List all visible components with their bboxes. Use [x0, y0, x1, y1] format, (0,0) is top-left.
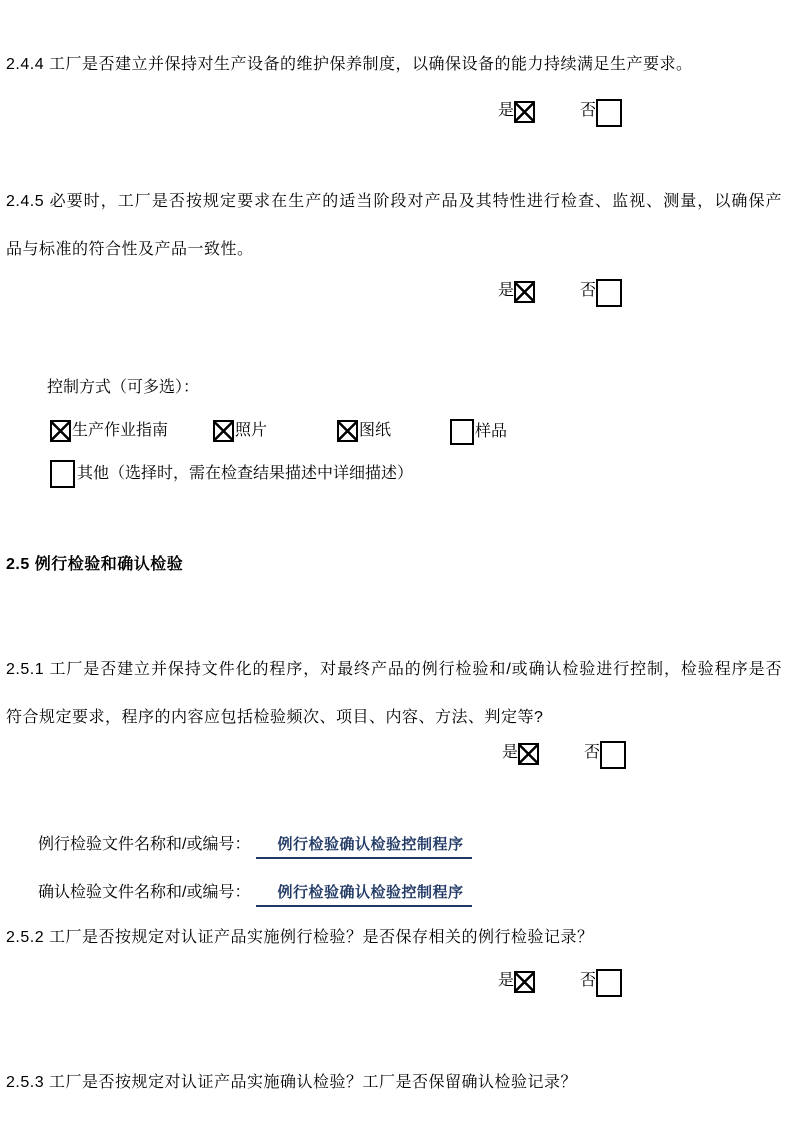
other-checkbox-empty[interactable]: [50, 460, 75, 488]
question-2-5-1-line2: 符合规定要求，程序的内容应包括检验频次、项目、内容、方法、判定等?: [6, 706, 782, 730]
option-label: 样品: [475, 420, 507, 444]
routine-doc-value-link[interactable]: 例行检验确认检验控制程序: [256, 833, 472, 859]
no-option: 否: [580, 278, 622, 307]
yes-option: 是: [498, 968, 535, 994]
no-label: 否: [580, 278, 596, 304]
question-2-4-5-yesno: 是 否: [498, 278, 622, 307]
no-checkbox-empty[interactable]: [596, 99, 622, 127]
no-option: 否: [584, 740, 626, 769]
question-2-5-1-yesno: 是 否: [502, 740, 626, 769]
option-label: 照片: [235, 419, 267, 443]
yes-checkbox-checked[interactable]: [518, 743, 539, 765]
yes-option: 是: [502, 740, 539, 766]
drawing-checkbox-checked[interactable]: [337, 420, 358, 442]
yes-label: 是: [498, 278, 514, 304]
no-label: 否: [580, 98, 596, 124]
no-checkbox-empty[interactable]: [596, 279, 622, 307]
question-2-4-4-yesno: 是 否: [498, 98, 622, 127]
confirm-doc-value-link[interactable]: 例行检验确认检验控制程序: [256, 881, 472, 907]
yes-label: 是: [498, 968, 514, 994]
option-photo: 照片: [213, 419, 267, 443]
option-drawing: 图纸: [337, 419, 391, 443]
option-production-guide: 生产作业指南: [50, 419, 168, 443]
photo-checkbox-checked[interactable]: [213, 420, 234, 442]
no-label: 否: [580, 968, 596, 994]
yes-label: 是: [502, 740, 518, 766]
option-sample: 样品: [450, 419, 507, 445]
control-methods-row: 生产作业指南 照片 图纸 样品: [0, 419, 800, 447]
no-option: 否: [580, 968, 622, 997]
yes-option: 是: [498, 278, 535, 304]
no-checkbox-empty[interactable]: [600, 741, 626, 769]
option-label: 图纸: [359, 419, 391, 443]
confirm-doc-label: 确认检验文件名称和/或编号：: [38, 880, 250, 906]
yes-checkbox-checked[interactable]: [514, 281, 535, 303]
routine-doc-label: 例行检验文件名称和/或编号：: [38, 832, 250, 858]
no-checkbox-empty[interactable]: [596, 969, 622, 997]
document-page: 2.4.4 工厂是否建立并保持对生产设备的维护保养制度，以确保设备的能力持续满足…: [0, 0, 800, 1141]
yes-checkbox-checked[interactable]: [514, 971, 535, 993]
question-2-4-5-line2: 品与标准的符合性及产品一致性。: [6, 238, 782, 262]
question-2-5-2-text: 2.5.2 工厂是否按规定对认证产品实施例行检验？是否保存相关的例行检验记录？: [6, 926, 782, 950]
section-2-5-heading: 2.5 例行检验和确认检验: [6, 553, 782, 577]
routine-doc-field: 例行检验文件名称和/或编号： 例行检验确认检验控制程序: [38, 832, 472, 859]
question-2-5-1-line1: 2.5.1 工厂是否建立并保持文件化的程序，对最终产品的例行检验和/或确认检验进…: [6, 658, 782, 682]
question-2-4-4-text: 2.4.4 工厂是否建立并保持对生产设备的维护保养制度，以确保设备的能力持续满足…: [6, 53, 782, 77]
yes-option: 是: [498, 98, 535, 124]
yes-label: 是: [498, 98, 514, 124]
question-2-4-5-line1: 2.4.5 必要时，工厂是否按规定要求在生产的适当阶段对产品及其特性进行检查、监…: [6, 190, 782, 214]
option-label: 生产作业指南: [72, 419, 168, 443]
sample-checkbox-empty[interactable]: [450, 419, 474, 445]
confirm-doc-field: 确认检验文件名称和/或编号： 例行检验确认检验控制程序: [38, 880, 472, 907]
production-guide-checkbox-checked[interactable]: [50, 420, 71, 442]
no-option: 否: [580, 98, 622, 127]
question-2-5-2-yesno: 是 否: [498, 968, 622, 997]
yes-checkbox-checked[interactable]: [514, 101, 535, 123]
option-other: 其他（选择时，需在检查结果描述中详细描述）: [50, 460, 413, 488]
other-label: 其他（选择时，需在检查结果描述中详细描述）: [77, 462, 413, 486]
question-2-5-3-text: 2.5.3 工厂是否按规定对认证产品实施确认检验？工厂是否保留确认检验记录？: [6, 1071, 782, 1095]
no-label: 否: [584, 740, 600, 766]
control-methods-label: 控制方式（可多选）：: [47, 376, 199, 400]
